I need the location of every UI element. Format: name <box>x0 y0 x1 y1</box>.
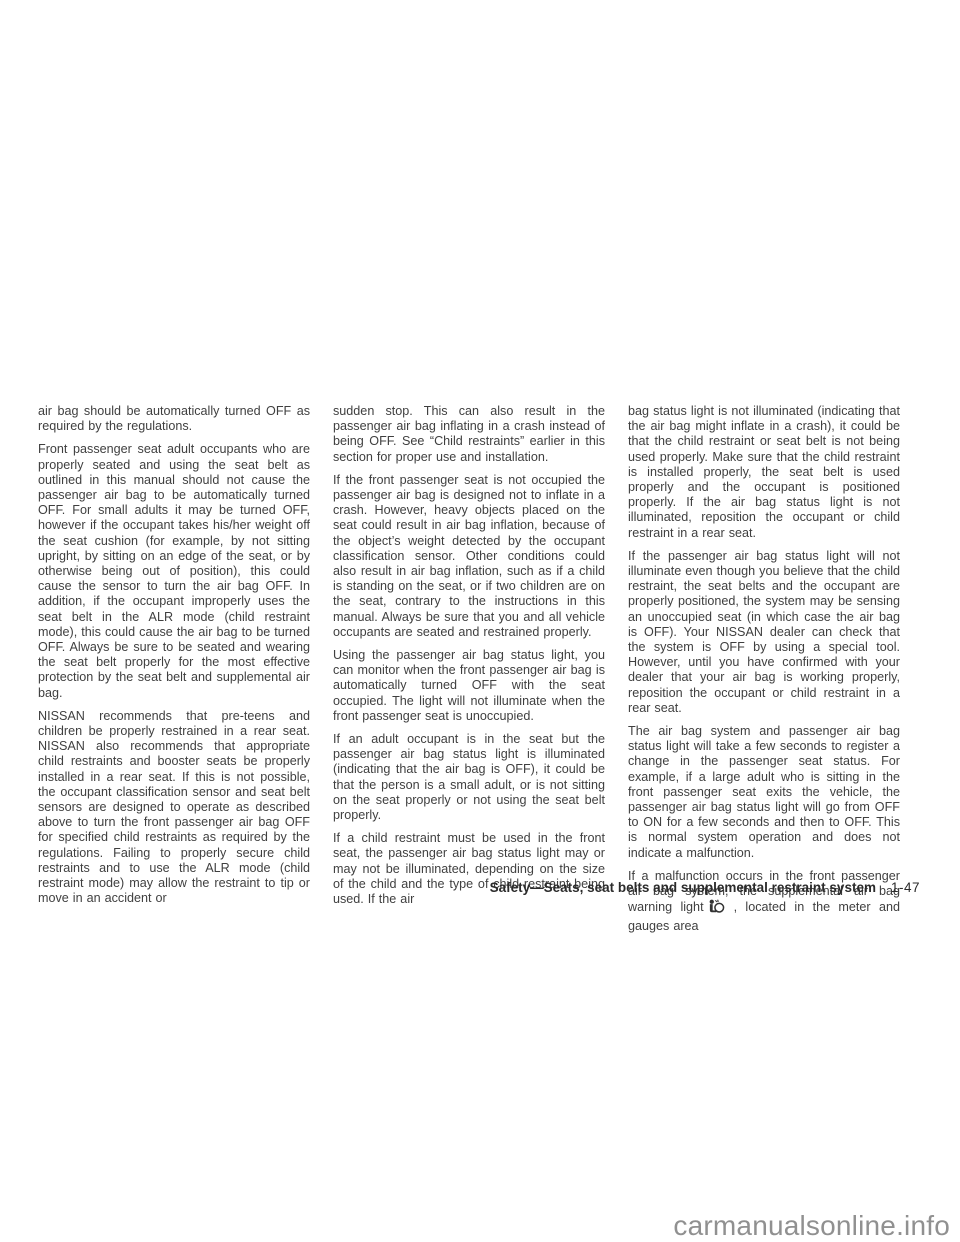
paragraph: The air bag system and passenger air bag… <box>628 724 900 861</box>
paragraph-with-icon: If a malfunction occurs in the front pas… <box>628 869 900 934</box>
footer-section-title: Safety—Seats, seat belts and supplementa… <box>490 880 876 895</box>
text-column-3: bag status light is not illuminated (ind… <box>628 404 900 934</box>
page-footer: Safety—Seats, seat belts and supplementa… <box>490 880 920 896</box>
watermark: carmanualsonline.info <box>673 1211 950 1241</box>
paragraph: sudden stop. This can also result in the… <box>333 404 605 465</box>
paragraph: NISSAN recommends that pre-teens and chi… <box>38 709 310 907</box>
paragraph: Front passenger seat adult occupants who… <box>38 442 310 700</box>
manual-page: air bag should be automatically turned O… <box>0 0 960 1242</box>
paragraph: Using the passenger air bag status light… <box>333 648 605 724</box>
paragraph: If an adult occupant is in the seat but … <box>333 732 605 823</box>
text-column-2: sudden stop. This can also result in the… <box>333 404 605 934</box>
paragraph: If the passenger air bag status light wi… <box>628 549 900 716</box>
paragraph: bag status light is not illuminated (ind… <box>628 404 900 541</box>
paragraph: If the front passenger seat is not occup… <box>333 473 605 640</box>
paragraph: air bag should be automatically turned O… <box>38 404 310 434</box>
page-text-columns: air bag should be automatically turned O… <box>38 404 900 934</box>
text-column-1: air bag should be automatically turned O… <box>38 404 310 934</box>
footer-page-number: 1-47 <box>891 880 920 895</box>
air-bag-warning-light-icon <box>707 899 725 918</box>
